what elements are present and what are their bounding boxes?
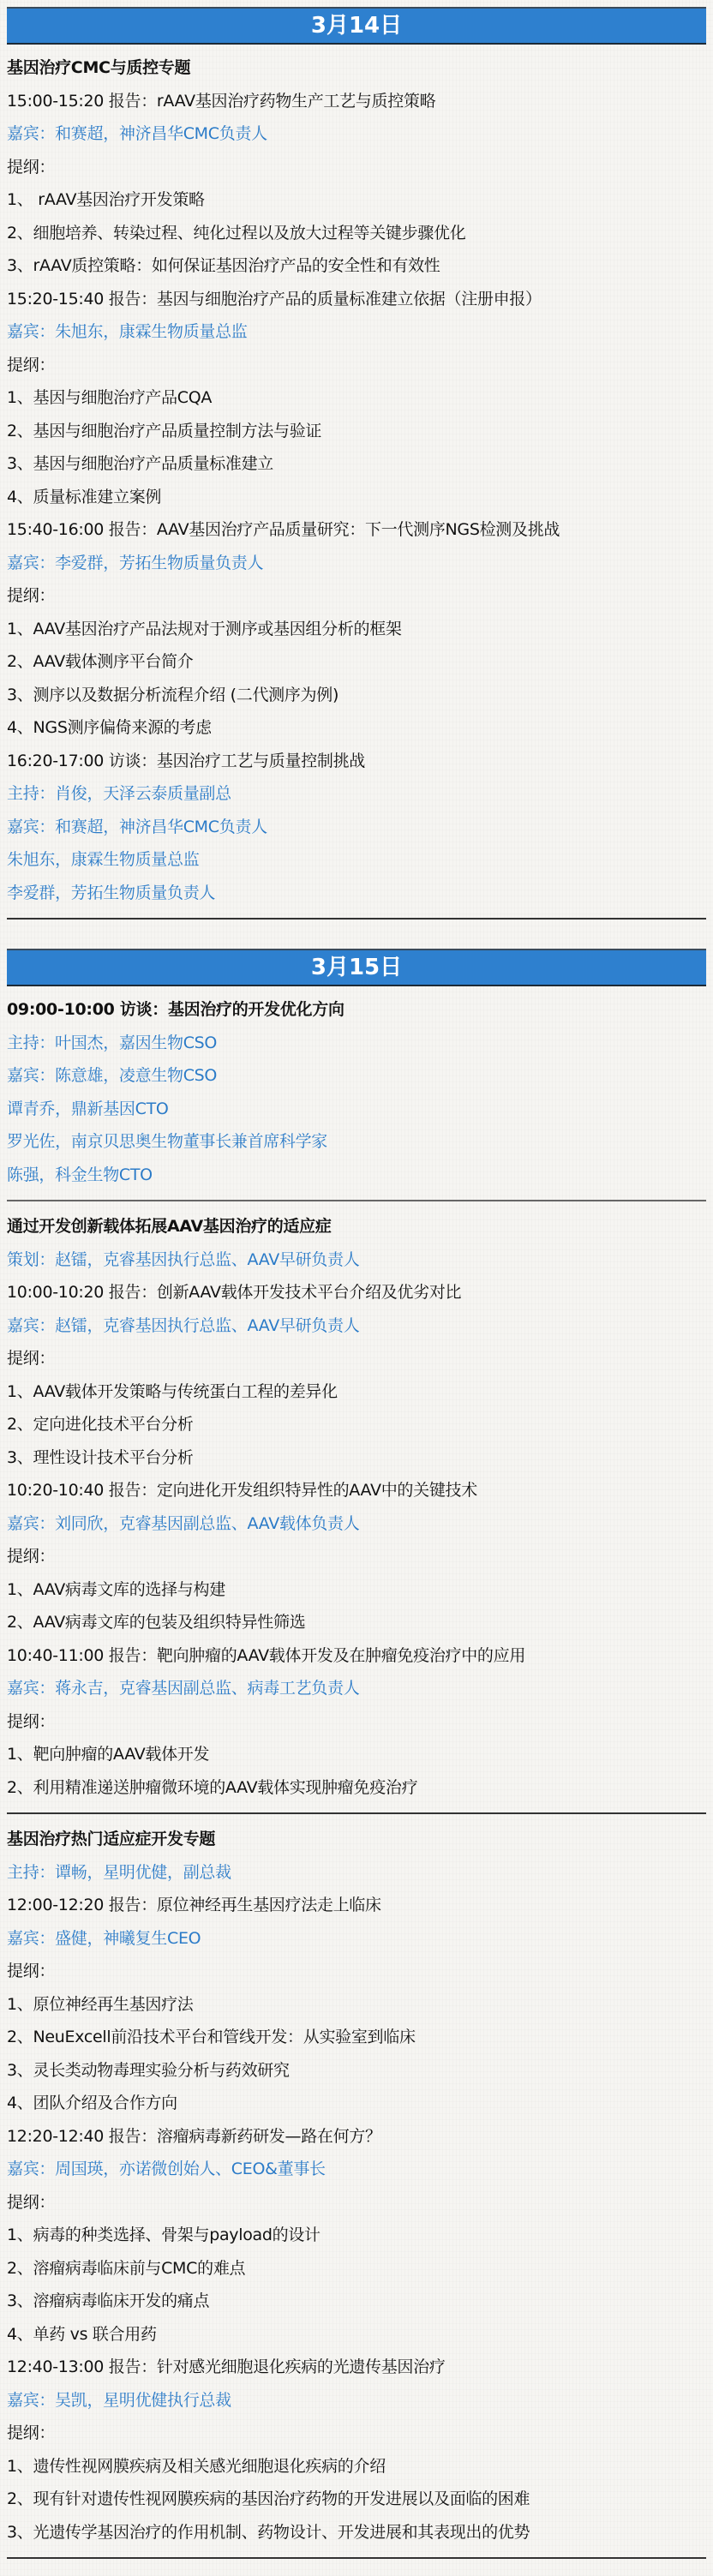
section-hot-indications: 基因治疗热门适应症开发专题 主持：谭畅，星明优健，副总裁 12:00-12:20… <box>7 1823 706 2549</box>
outline-item: 3、灵长类动物毒理实验分析与药效研究 <box>7 2054 706 2088</box>
outline-item: 1、基因与细胞治疗产品CQA <box>7 381 706 415</box>
talk-guest: 嘉宾：周国瑛，亦诺微创始人、CEO&董事长 <box>7 2153 706 2186</box>
outline-item: 4、单药 vs 联合用药 <box>7 2318 706 2351</box>
talk-block: 10:40-11:00 报告：靶向肿瘤的AAV载体开发及在肿瘤免疫治疗中的应用 … <box>7 1639 706 1805</box>
panel-block: 16:20-17:00 访谈：基因治疗工艺与质量控制挑战 主持：肖俊，天泽云泰质… <box>7 745 706 910</box>
agenda-page: 3月14日 基因治疗CMC与质控专题 15:00-15:20 报告：rAAV基因… <box>0 0 713 2576</box>
section-title: 通过开发创新载体拓展AAV基因治疗的适应症 <box>7 1210 706 1243</box>
panel-guest: 罗光佐，南京贝思奥生物董事长兼首席科学家 <box>7 1125 706 1159</box>
outline-item: 1、AAV病毒文库的选择与构建 <box>7 1573 706 1607</box>
outline-item: 4、质量标准建立案例 <box>7 481 706 514</box>
outline-label: 提纲： <box>7 1540 706 1573</box>
outline-item: 3、测序以及数据分析流程介绍 (二代测序为例) <box>7 679 706 712</box>
outline-item: 1、AAV基因治疗产品法规对于测序或基因组分析的框架 <box>7 613 706 646</box>
panel-host: 主持：叶国杰，嘉因生物CSO <box>7 1027 706 1060</box>
talk-title: 15:40-16:00 报告：AAV基因治疗产品质量研究：下一代测序NGS检测及… <box>7 513 706 547</box>
panel-block: 09:00-10:00 访谈：基因治疗的开发优化方向 主持：叶国杰，嘉因生物CS… <box>7 993 706 1191</box>
outline-item: 1、病毒的种类选择、骨架与payload的设计 <box>7 2219 706 2252</box>
talk-guest: 嘉宾：和赛超，神济昌华CMC负责人 <box>7 117 706 151</box>
outline-item: 3、理性设计技术平台分析 <box>7 1441 706 1475</box>
outline-item: 2、AAV病毒文库的包装及组织特异性筛选 <box>7 1606 706 1639</box>
outline-item: 2、NeuExcell前沿技术平台和管线开发：从实验室到临床 <box>7 2021 706 2054</box>
outline-item: 1、AAV载体开发策略与传统蛋白工程的差异化 <box>7 1375 706 1409</box>
panel-host: 主持：肖俊，天泽云泰质量副总 <box>7 777 706 811</box>
outline-label: 提纲： <box>7 1342 706 1375</box>
outline-label: 提纲： <box>7 2186 706 2220</box>
spacer <box>7 928 706 949</box>
panel-guest: 朱旭东，康霖生物质量总监 <box>7 843 706 877</box>
panel-guest: 谭青乔，鼎新基因CTO <box>7 1093 706 1126</box>
outline-label: 提纲： <box>7 349 706 382</box>
talk-title: 10:00-10:20 报告：创新AAV载体开发技术平台介绍及优劣对比 <box>7 1276 706 1309</box>
outline-item: 3、基因与细胞治疗产品质量标准建立 <box>7 447 706 481</box>
outline-label: 提纲： <box>7 2417 706 2450</box>
talk-title: 10:40-11:00 报告：靶向肿瘤的AAV载体开发及在肿瘤免疫治疗中的应用 <box>7 1639 706 1673</box>
outline-label: 提纲： <box>7 1705 706 1739</box>
outline-label: 提纲： <box>7 1955 706 1988</box>
panel-title: 09:00-10:00 访谈：基因治疗的开发优化方向 <box>7 993 706 1027</box>
section-title: 基因治疗热门适应症开发专题 <box>7 1823 706 1856</box>
panel-title: 16:20-17:00 访谈：基因治疗工艺与质量控制挑战 <box>7 745 706 778</box>
talk-block: 12:00-12:20 报告：原位神经再生基因疗法走上临床 嘉宾：盛健，神曦复生… <box>7 1889 706 2120</box>
section-host: 主持：谭畅，星明优健，副总裁 <box>7 1856 706 1890</box>
divider <box>7 2557 706 2559</box>
outline-item: 1、靶向肿瘤的AAV载体开发 <box>7 1738 706 1771</box>
outline-item: 2、现有针对遗传性视网膜疾病的基因治疗药物的开发进展以及面临的困难 <box>7 2483 706 2516</box>
outline-item: 1、 rAAV基因治疗开发策略 <box>7 183 706 217</box>
talk-block: 12:20-12:40 报告：溶瘤病毒新药研发—路在何方？ 嘉宾：周国瑛，亦诺微… <box>7 2120 706 2351</box>
divider <box>7 1200 706 1201</box>
section-novel-vectors: 通过开发创新载体拓展AAV基因治疗的适应症 策划：赵镭，克睿基因执行总监、AAV… <box>7 1210 706 1804</box>
outline-item: 2、利用精准递送肿瘤微环境的AAV载体实现肿瘤免疫治疗 <box>7 1771 706 1805</box>
talk-title: 15:00-15:20 报告：rAAV基因治疗药物生产工艺与质控策略 <box>7 85 706 118</box>
talk-guest: 嘉宾：赵镭，克睿基因执行总监、AAV早研负责人 <box>7 1309 706 1343</box>
outline-item: 1、原位神经再生基因疗法 <box>7 1988 706 2022</box>
talk-guest: 嘉宾：盛健，神曦复生CEO <box>7 1922 706 1956</box>
outline-label: 提纲： <box>7 151 706 184</box>
talk-guest: 嘉宾：李爱群，芳拓生物质量负责人 <box>7 547 706 580</box>
talk-title: 12:40-13:00 报告：针对感光细胞退化疾病的光遗传基因治疗 <box>7 2351 706 2384</box>
section-cmc-qc: 基因治疗CMC与质控专题 15:00-15:20 报告：rAAV基因治疗药物生产… <box>7 51 706 909</box>
outline-item: 2、定向进化技术平台分析 <box>7 1408 706 1441</box>
day-header-mar15: 3月15日 <box>7 949 706 986</box>
outline-item: 4、团队介绍及合作方向 <box>7 2087 706 2120</box>
talk-title: 12:00-12:20 报告：原位神经再生基因疗法走上临床 <box>7 1889 706 1922</box>
talk-block: 15:20-15:40 报告：基因与细胞治疗产品的质量标准建立依据（注册申报） … <box>7 283 706 514</box>
section-title: 基因治疗CMC与质控专题 <box>7 51 706 85</box>
talk-guest: 嘉宾：刘同欣，克睿基因副总监、AAV载体负责人 <box>7 1507 706 1541</box>
talk-block: 10:20-10:40 报告：定向进化开发组织特异性的AAV中的关键技术 嘉宾：… <box>7 1474 706 1639</box>
outline-label: 提纲： <box>7 579 706 613</box>
outline-item: 2、溶瘤病毒临床前与CMC的难点 <box>7 2252 706 2285</box>
divider <box>7 918 706 920</box>
outline-item: 2、细胞培养、转染过程、纯化过程以及放大过程等关键步骤优化 <box>7 217 706 250</box>
outline-item: 3、rAAV质控策略：如何保证基因治疗产品的安全性和有效性 <box>7 249 706 283</box>
talk-guest: 嘉宾：朱旭东，康霖生物质量总监 <box>7 315 706 349</box>
talk-block: 10:00-10:20 报告：创新AAV载体开发技术平台介绍及优劣对比 嘉宾：赵… <box>7 1276 706 1474</box>
talk-guest: 嘉宾：蒋永吉，克睿基因副总监、病毒工艺负责人 <box>7 1672 706 1705</box>
outline-item: 2、基因与细胞治疗产品质量控制方法与验证 <box>7 415 706 448</box>
talk-block: 12:40-13:00 报告：针对感光细胞退化疾病的光遗传基因治疗 嘉宾：吴凯，… <box>7 2351 706 2549</box>
section-planner: 策划：赵镭，克睿基因执行总监、AAV早研负责人 <box>7 1243 706 1277</box>
panel-guest: 陈强，科金生物CTO <box>7 1159 706 1192</box>
panel-guest: 嘉宾：和赛超，神济昌华CMC负责人 <box>7 811 706 844</box>
talk-title: 12:20-12:40 报告：溶瘤病毒新药研发—路在何方？ <box>7 2120 706 2154</box>
divider <box>7 1812 706 1814</box>
talk-title: 10:20-10:40 报告：定向进化开发组织特异性的AAV中的关键技术 <box>7 1474 706 1507</box>
talk-title: 15:20-15:40 报告：基因与细胞治疗产品的质量标准建立依据（注册申报） <box>7 283 706 316</box>
panel-guest: 李爱群，芳拓生物质量负责人 <box>7 877 706 910</box>
outline-item: 3、光遗传学基因治疗的作用机制、药物设计、开发进展和其表现出的优势 <box>7 2516 706 2549</box>
day-header-mar14: 3月14日 <box>7 7 706 45</box>
panel-guest: 嘉宾：陈意雄，凌意生物CSO <box>7 1059 706 1093</box>
talk-block: 15:40-16:00 报告：AAV基因治疗产品质量研究：下一代测序NGS检测及… <box>7 513 706 745</box>
outline-item: 3、溶瘤病毒临床开发的痛点 <box>7 2285 706 2318</box>
outline-item: 2、AAV载体测序平台简介 <box>7 645 706 679</box>
talk-guest: 嘉宾：吴凯，星明优健执行总裁 <box>7 2384 706 2417</box>
outline-item: 1、遗传性视网膜疾病及相关感光细胞退化疾病的介绍 <box>7 2450 706 2483</box>
outline-item: 4、NGS测序偏倚来源的考虑 <box>7 711 706 745</box>
talk-block: 15:00-15:20 报告：rAAV基因治疗药物生产工艺与质控策略 嘉宾：和赛… <box>7 85 706 283</box>
